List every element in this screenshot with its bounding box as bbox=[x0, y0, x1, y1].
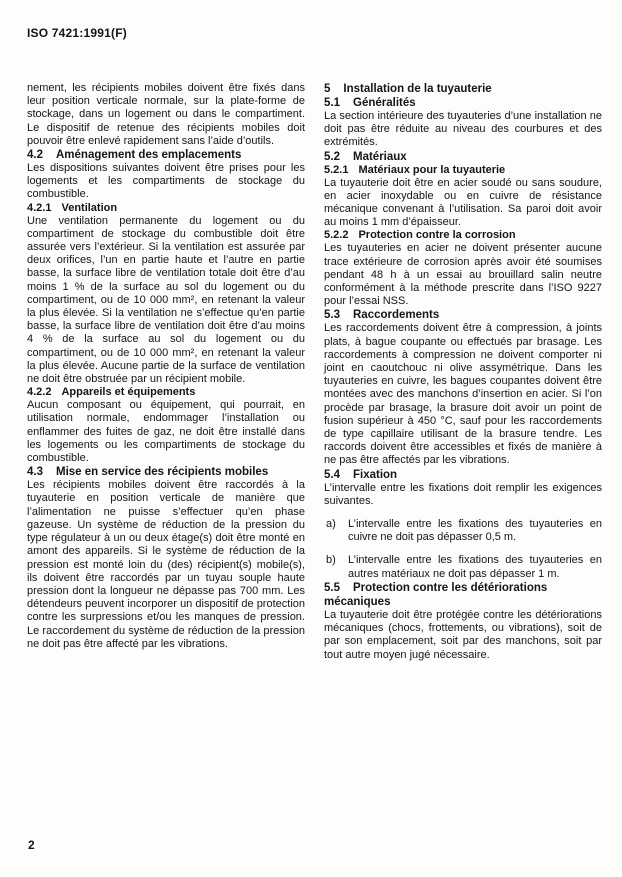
paragraph-4-2: Les dispositions suivantes doivent être … bbox=[27, 162, 305, 202]
section-heading-5: 5Installation de la tuyauterie bbox=[324, 82, 602, 96]
section-number: 5.2 bbox=[324, 150, 340, 164]
paragraph-5-1: La section intérieure des tuyauteries d’… bbox=[324, 110, 602, 150]
section-heading-4-3: 4.3Mise en service des récipients mobile… bbox=[27, 465, 305, 479]
section-number: 4.2.2 bbox=[27, 386, 51, 399]
section-title: Généralités bbox=[353, 97, 416, 109]
list-item-label: b) bbox=[326, 554, 341, 580]
left-column: nement, les récipients mobiles doivent ê… bbox=[27, 82, 305, 662]
paragraph-5-4: L’intervalle entre les fixations doit re… bbox=[324, 482, 602, 508]
section-heading-5-1: 5.1Généralités bbox=[324, 96, 602, 110]
section-number: 5.2.2 bbox=[324, 229, 348, 242]
list-item-label: a) bbox=[326, 518, 341, 544]
section-number: 4.2 bbox=[27, 148, 43, 162]
section-title: Matériaux pour la tuyauterie bbox=[358, 164, 505, 176]
two-column-layout: nement, les récipients mobiles doivent ê… bbox=[27, 82, 602, 662]
section-title: Protection contre la corrosion bbox=[358, 229, 515, 241]
section-number: 5.2.1 bbox=[324, 164, 348, 177]
list-item-text: L’intervalle entre les fixations des tuy… bbox=[348, 518, 602, 544]
section-title: Installation de la tuyauterie bbox=[343, 83, 491, 95]
section-heading-5-5: 5.5Protection contre les détériorations … bbox=[324, 581, 586, 609]
section-title: Fixation bbox=[353, 469, 397, 481]
section-heading-5-2-1: 5.2.1Matériaux pour la tuyauterie bbox=[324, 164, 602, 177]
section-title: Aménagement des emplacements bbox=[56, 149, 241, 161]
list-item-b: b) L’intervalle entre les fixations des … bbox=[324, 554, 602, 580]
section-heading-4-2-1: 4.2.1Ventilation bbox=[27, 202, 305, 215]
page-number: 2 bbox=[28, 838, 35, 852]
doc-header: ISO 7421:1991(F) bbox=[27, 26, 127, 40]
section-title: Raccordements bbox=[353, 309, 439, 321]
section-heading-5-2-2: 5.2.2Protection contre la corrosion bbox=[324, 229, 602, 242]
paragraph-5-2-1: La tuyauterie doit être en acier soudé o… bbox=[324, 177, 602, 230]
section-heading-4-2: 4.2Aménagement des emplacements bbox=[27, 148, 305, 162]
section-number: 5.1 bbox=[324, 96, 340, 110]
paragraph-4-3: Les récipients mobiles doivent être racc… bbox=[27, 479, 305, 651]
section-number: 4.3 bbox=[27, 465, 43, 479]
section-heading-5-3: 5.3Raccordements bbox=[324, 308, 602, 322]
section-heading-4-2-2: 4.2.2Appareils et équipements bbox=[27, 386, 305, 399]
section-number: 5.4 bbox=[324, 468, 340, 482]
section-number: 5.3 bbox=[324, 308, 340, 322]
paragraph-intro-continuation: nement, les récipients mobiles doivent ê… bbox=[27, 82, 305, 148]
section-title: Protection contre les détériorations méc… bbox=[324, 582, 547, 608]
section-number: 5 bbox=[324, 82, 330, 96]
right-column: 5Installation de la tuyauterie 5.1Généra… bbox=[324, 82, 602, 662]
paragraph-5-3: Les raccordements doivent être à compres… bbox=[324, 322, 602, 467]
section-title: Mise en service des récipients mobiles bbox=[56, 466, 268, 478]
paragraph-4-2-2: Aucun composant ou équipement, qui pourr… bbox=[27, 399, 305, 465]
document-page: ISO 7421:1991(F) nement, les récipients … bbox=[0, 0, 622, 877]
section-number: 4.2.1 bbox=[27, 202, 51, 215]
section-title: Appareils et équipements bbox=[61, 386, 195, 398]
section-heading-5-4: 5.4Fixation bbox=[324, 468, 602, 482]
list-item-text: L’intervalle entre les fixations des tuy… bbox=[348, 554, 602, 580]
section-number: 5.5 bbox=[324, 581, 340, 595]
section-title: Ventilation bbox=[61, 202, 117, 214]
section-heading-5-2: 5.2Matériaux bbox=[324, 150, 602, 164]
paragraph-5-2-2: Les tuyauteries en acier ne doivent prés… bbox=[324, 242, 602, 308]
paragraph-5-5: La tuyauterie doit être protégée contre … bbox=[324, 609, 602, 662]
section-title: Matériaux bbox=[353, 151, 407, 163]
paragraph-4-2-1: Une ventilation permanente du logement o… bbox=[27, 215, 305, 387]
list-item-a: a) L’intervalle entre les fixations des … bbox=[324, 518, 602, 544]
